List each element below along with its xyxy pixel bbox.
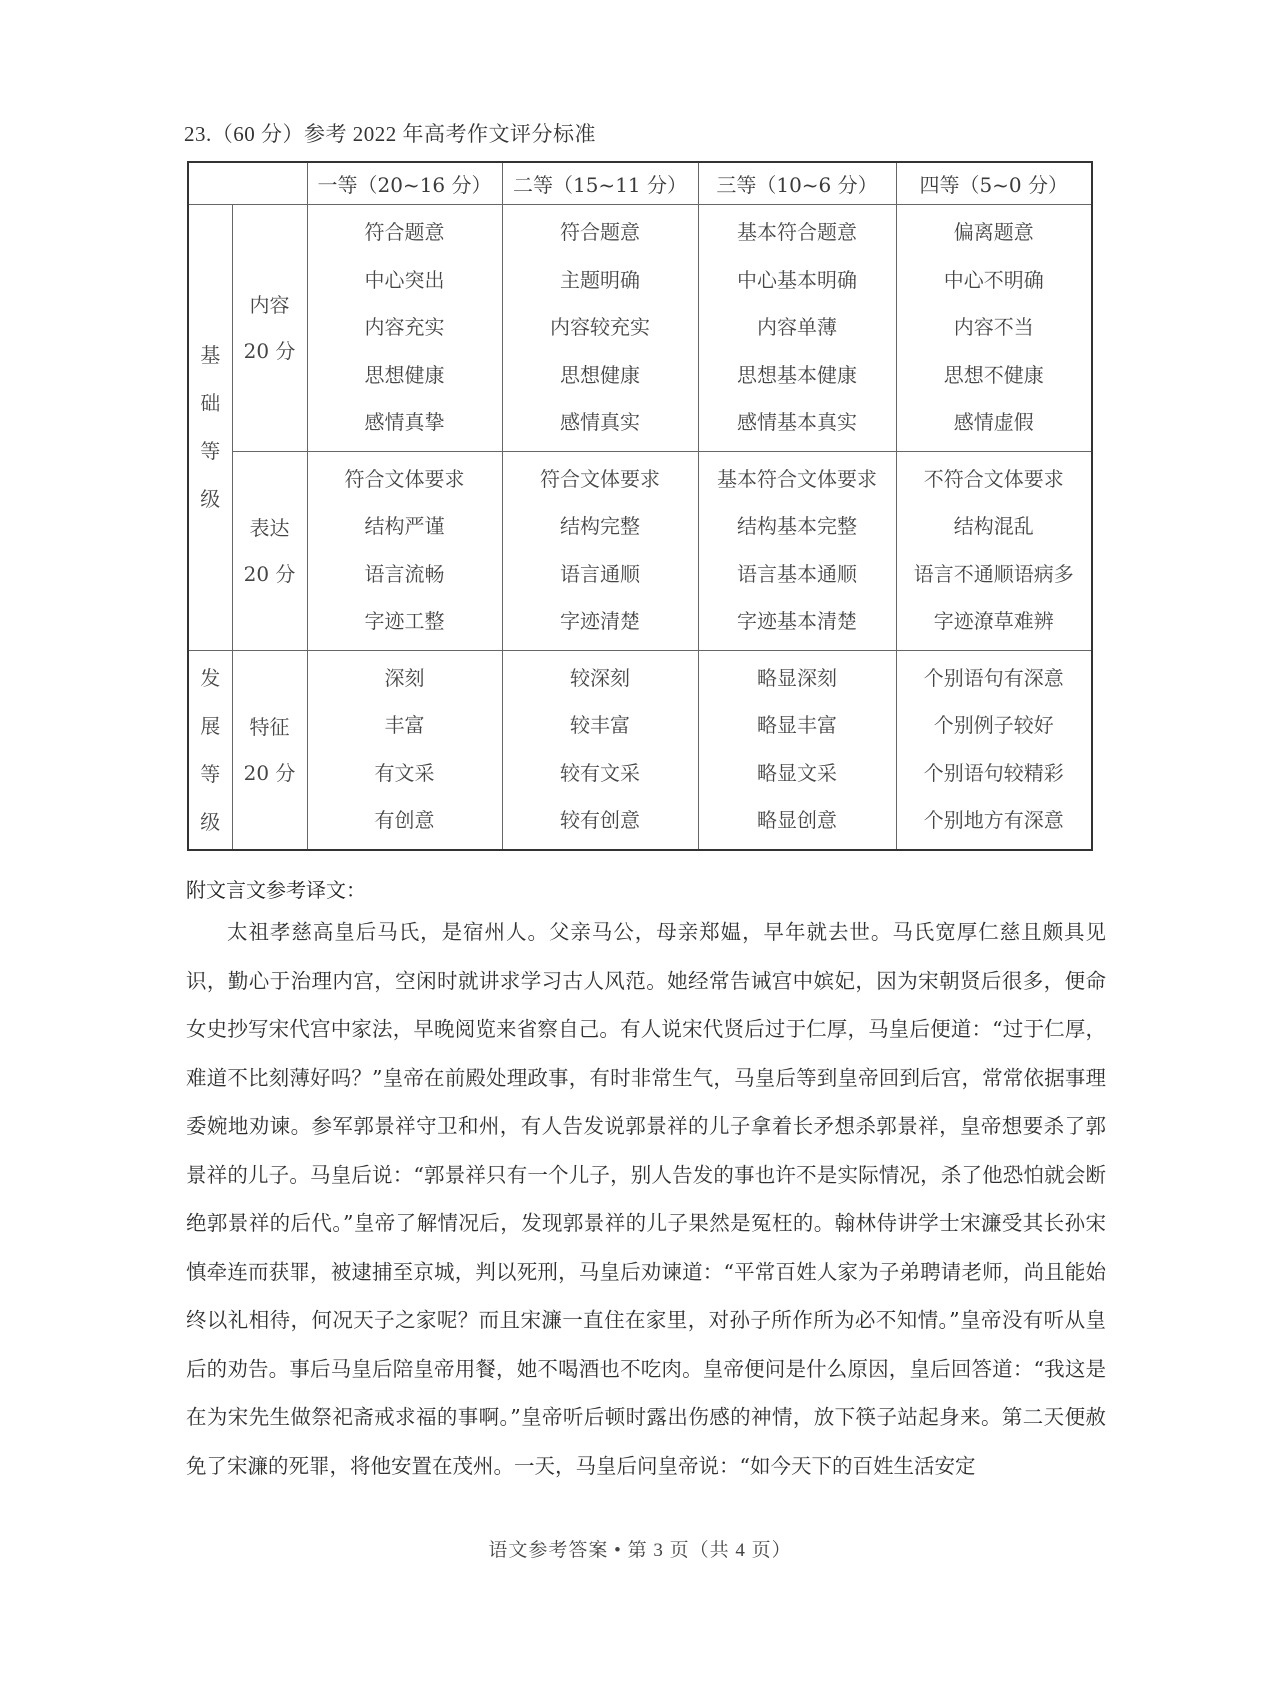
criteria-cell: 较深刻 较丰富 较有文采 较有创意 — [502, 650, 698, 850]
criteria-cell: 符合文体要求 结构完整 语言通顺 字迹清楚 — [502, 451, 698, 650]
criterion: 思想健康 — [503, 352, 698, 400]
criterion: 结构混乱 — [897, 503, 1092, 551]
criterion: 中心基本明确 — [699, 257, 896, 305]
criteria-cell: 符合题意 主题明确 内容较充实 思想健康 感情真实 — [502, 205, 698, 452]
category-char: 基 — [189, 331, 232, 379]
criterion: 字迹工整 — [308, 598, 502, 646]
subcategory-points: 20 分 — [233, 551, 307, 597]
category-char: 级 — [189, 475, 232, 523]
category-char: 级 — [189, 798, 232, 846]
criterion: 有文采 — [308, 750, 502, 798]
criteria-cell: 符合题意 中心突出 内容充实 思想健康 感情真挚 — [307, 205, 502, 452]
criteria-cell: 符合文体要求 结构严谨 语言流畅 字迹工整 — [307, 451, 502, 650]
criterion: 中心不明确 — [897, 257, 1092, 305]
criterion: 思想不健康 — [897, 352, 1092, 400]
criterion: 字迹潦草难辨 — [897, 598, 1092, 646]
criterion: 结构完整 — [503, 503, 698, 551]
criterion: 略显深刻 — [699, 655, 896, 703]
question-title: 23.（60 分）参考 2022 年高考作文评分标准 — [184, 118, 596, 148]
criterion: 思想健康 — [308, 352, 502, 400]
category-char: 展 — [189, 702, 232, 750]
criterion: 语言流畅 — [308, 551, 502, 599]
criteria-cell: 基本符合文体要求 结构基本完整 语言基本通顺 字迹基本清楚 — [698, 451, 896, 650]
criterion: 字迹清楚 — [503, 598, 698, 646]
category-char: 发 — [189, 654, 232, 702]
criteria-cell: 不符合文体要求 结构混乱 语言不通顺语病多 字迹潦草难辨 — [896, 451, 1092, 650]
criterion: 内容不当 — [897, 304, 1092, 352]
criterion: 感情基本真实 — [699, 399, 896, 447]
subcategory-content: 内容 20 分 — [232, 205, 307, 452]
header-grade-2: 二等（15~11 分） — [502, 162, 698, 205]
criterion: 略显丰富 — [699, 702, 896, 750]
criterion: 思想基本健康 — [699, 352, 896, 400]
criterion: 较有创意 — [503, 797, 698, 845]
criterion: 丰富 — [308, 702, 502, 750]
criterion: 深刻 — [308, 655, 502, 703]
translation-paragraph: 太祖孝慈高皇后马氏，是宿州人。父亲马公，母亲郑媪，早年就去世。马氏宽厚仁慈且颇具… — [186, 908, 1106, 1490]
subcategory-label: 表达 — [233, 505, 307, 551]
criterion: 略显文采 — [699, 750, 896, 798]
scoring-rubric-table: 一等（20~16 分） 二等（15~11 分） 三等（10~6 分） 四等（5~… — [187, 161, 1093, 851]
header-grade-1: 一等（20~16 分） — [307, 162, 502, 205]
criterion: 个别地方有深意 — [897, 797, 1092, 845]
criterion: 较深刻 — [503, 655, 698, 703]
criterion: 有创意 — [308, 797, 502, 845]
criterion: 中心突出 — [308, 257, 502, 305]
rubric-row-expression: 表达 20 分 符合文体要求 结构严谨 语言流畅 字迹工整 符合文体要求 结构完… — [188, 451, 1092, 650]
rubric-corner-cell — [188, 162, 307, 205]
criterion: 结构严谨 — [308, 503, 502, 551]
criterion: 语言基本通顺 — [699, 551, 896, 599]
criterion: 略显创意 — [699, 797, 896, 845]
criterion: 符合文体要求 — [308, 456, 502, 504]
subcategory-label: 特征 — [233, 704, 307, 750]
subcategory-points: 20 分 — [233, 328, 307, 374]
criterion: 较有文采 — [503, 750, 698, 798]
subcategory-features: 特征 20 分 — [232, 650, 307, 850]
category-char: 础 — [189, 379, 232, 427]
criterion: 感情虚假 — [897, 399, 1092, 447]
criterion: 符合题意 — [308, 209, 502, 257]
rubric-row-features: 发 展 等 级 特征 20 分 深刻 丰富 有文采 有创意 较深刻 较丰富 较有… — [188, 650, 1092, 850]
criterion: 基本符合文体要求 — [699, 456, 896, 504]
criterion: 个别语句较精彩 — [897, 750, 1092, 798]
translation-heading: 附文言文参考译文： — [186, 874, 366, 903]
subcategory-expression: 表达 20 分 — [232, 451, 307, 650]
criteria-cell: 基本符合题意 中心基本明确 内容单薄 思想基本健康 感情基本真实 — [698, 205, 896, 452]
rubric-header-row: 一等（20~16 分） 二等（15~11 分） 三等（10~6 分） 四等（5~… — [188, 162, 1092, 205]
criterion: 个别语句有深意 — [897, 655, 1092, 703]
criterion: 内容单薄 — [699, 304, 896, 352]
criterion: 字迹基本清楚 — [699, 598, 896, 646]
criterion: 结构基本完整 — [699, 503, 896, 551]
criterion: 个别例子较好 — [897, 702, 1092, 750]
criterion: 符合文体要求 — [503, 456, 698, 504]
criteria-cell: 偏离题意 中心不明确 内容不当 思想不健康 感情虚假 — [896, 205, 1092, 452]
category-char: 等 — [189, 750, 232, 798]
criterion: 语言不通顺语病多 — [897, 551, 1092, 599]
criterion: 感情真挚 — [308, 399, 502, 447]
criterion: 语言通顺 — [503, 551, 698, 599]
criterion: 内容充实 — [308, 304, 502, 352]
criterion: 主题明确 — [503, 257, 698, 305]
criterion: 不符合文体要求 — [897, 456, 1092, 504]
category-development-level: 发 展 等 级 — [188, 650, 232, 850]
translation-passage: 太祖孝慈高皇后马氏，是宿州人。父亲马公，母亲郑媪，早年就去世。马氏宽厚仁慈且颇具… — [186, 908, 1106, 1490]
rubric-row-content: 基 础 等 级 内容 20 分 符合题意 中心突出 内容充实 思想健康 感情真挚… — [188, 205, 1092, 452]
criteria-cell: 个别语句有深意 个别例子较好 个别语句较精彩 个别地方有深意 — [896, 650, 1092, 850]
category-basic-level: 基 础 等 级 — [188, 205, 232, 651]
subcategory-label: 内容 — [233, 282, 307, 328]
criteria-cell: 深刻 丰富 有文采 有创意 — [307, 650, 502, 850]
criterion: 内容较充实 — [503, 304, 698, 352]
criterion: 感情真实 — [503, 399, 698, 447]
category-char: 等 — [189, 427, 232, 475]
criterion: 较丰富 — [503, 702, 698, 750]
subcategory-points: 20 分 — [233, 750, 307, 796]
header-grade-4: 四等（5~0 分） — [896, 162, 1092, 205]
page-footer: 语文参考答案 • 第 3 页（共 4 页） — [0, 1535, 1280, 1562]
header-grade-3: 三等（10~6 分） — [698, 162, 896, 205]
criterion: 基本符合题意 — [699, 209, 896, 257]
criterion: 符合题意 — [503, 209, 698, 257]
criteria-cell: 略显深刻 略显丰富 略显文采 略显创意 — [698, 650, 896, 850]
criterion: 偏离题意 — [897, 209, 1092, 257]
